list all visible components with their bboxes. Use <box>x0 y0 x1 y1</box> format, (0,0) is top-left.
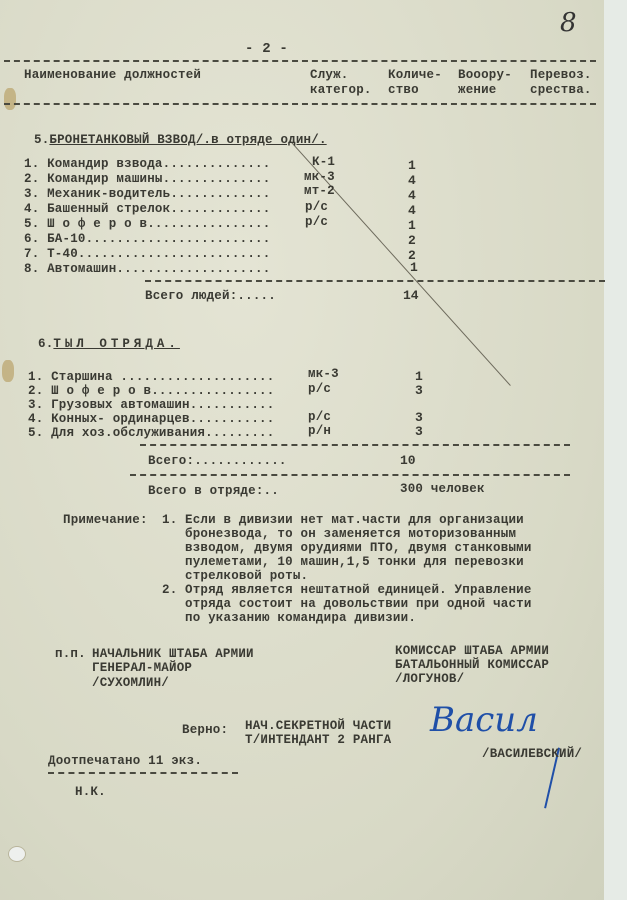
row-label: 3. Грузовых автомашин........... <box>28 399 274 412</box>
left-signature-rank: ГЕНЕРАЛ-МАЙОР <box>92 662 192 675</box>
left-signature-name: /СУХОМЛИН/ <box>92 677 169 690</box>
section6-total-label: Всего:............ <box>148 455 287 468</box>
note2-line: Отряд является нештатной единицей. Управ… <box>185 584 532 597</box>
header-col-category: Служ. <box>310 69 349 82</box>
header-col-transport-2: срества. <box>530 84 592 97</box>
note1-line: взводом, двумя орудиями ПТО, двумя станк… <box>185 542 532 555</box>
header-col-name: Наименование должностей <box>24 69 201 82</box>
row-label: 5. Для хоз.обслуживания......... <box>28 427 274 440</box>
note2-number: 2. <box>162 584 177 597</box>
row-count: 3 <box>415 424 423 439</box>
row-count: 4 <box>408 173 416 188</box>
punch-hole <box>8 846 26 862</box>
note1-line: бронезвода, то он заменяется моторизован… <box>185 528 516 541</box>
section6-title-text: ТЫЛ ОТРЯДА. <box>53 337 180 351</box>
row-count: 4 <box>408 203 416 218</box>
section5-number: 5. <box>34 133 49 147</box>
row-label: 2. Ш о ф е р о в................ <box>28 385 274 398</box>
row-category: р/с <box>308 383 331 396</box>
paper-stain <box>4 88 16 110</box>
row-category: р/н <box>308 425 331 438</box>
row-category: р/с <box>305 216 328 229</box>
row-label: 1. Старшина .................... <box>28 371 274 384</box>
right-signature-rank: БАТАЛЬОННЫЙ КОМИССАР <box>395 659 549 672</box>
row-category: р/с <box>308 411 331 424</box>
header-col-arms: Вооору- <box>458 69 512 82</box>
verified-label: Верно: <box>182 724 228 737</box>
row-category: мт-2 <box>304 185 335 198</box>
handwritten-page-number: 8 <box>560 8 577 38</box>
note2-line: отряда состоит на довольствии при одной … <box>185 598 532 611</box>
row-label: 7. Т-40......................... <box>24 248 270 261</box>
handwritten-signature: Васил <box>430 700 538 740</box>
row-category: мк-3 <box>308 368 339 381</box>
note1-line: Если в дивизии нет мат.части для организ… <box>185 514 524 527</box>
row-label: 4. Башенный стрелок............. <box>24 203 270 216</box>
section6-title: 6.ТЫЛ ОТРЯДА. <box>38 338 180 351</box>
header-col-count: Количе- <box>388 69 442 82</box>
section6-number: 6. <box>38 337 53 351</box>
note2-line: по указанию командира дивизии. <box>185 612 416 625</box>
typist-initials: Н.К. <box>75 786 106 799</box>
left-signature-prefix: п.п. <box>55 648 86 661</box>
note1-number: 1. <box>162 514 177 527</box>
notes-label: Примечание: <box>63 514 148 527</box>
left-signature-title: НАЧАЛЬНИК ШТАБА АРМИИ <box>92 648 254 661</box>
header-col-arms-2: жение <box>458 84 497 97</box>
row-label: 3. Механик-водитель............. <box>24 188 270 201</box>
section5-total-label: Всего людей:..... <box>145 290 276 303</box>
section5-total-value: 14 <box>403 288 419 303</box>
section6-total-rule <box>140 444 570 446</box>
verified-rank: Т/ИНТЕНДАНТ 2 РАНГА <box>245 734 391 747</box>
verified-title: НАЧ.СЕКРЕТНОЙ ЧАСТИ <box>245 720 391 733</box>
header-col-category-2: категор. <box>310 84 372 97</box>
row-label: 4. Конных- ординарцев........... <box>28 413 274 426</box>
typed-page-number: - 2 - <box>245 42 288 56</box>
row-count: 3 <box>415 383 423 398</box>
row-count: 1 <box>410 260 418 275</box>
row-label: 8. Автомашин.................... <box>24 263 270 276</box>
copies-rule <box>48 772 238 774</box>
section5-title-text: БРОНЕТАНКОВЫЙ ВЗВОД/.в отряде один/. <box>49 133 326 147</box>
row-label: 1. Командир взвода.............. <box>24 158 270 171</box>
right-signature-title: КОМИССАР ШТАБА АРМИИ <box>395 645 549 658</box>
row-category: р/с <box>305 201 328 214</box>
grand-total-label: Всего в отряде:.. <box>148 485 279 498</box>
row-count: 1 <box>408 158 416 173</box>
row-count: 3 <box>415 410 423 425</box>
paper-stain <box>2 360 14 382</box>
header-bottom-rule <box>4 103 596 105</box>
row-count: 4 <box>408 188 416 203</box>
row-label: 5. Ш о ф е р о в................ <box>24 218 270 231</box>
note1-line: пулеметами, 10 машин,1,5 тонки для перев… <box>185 556 524 569</box>
copies-note: Доотпечатано 11 экз. <box>48 755 202 768</box>
row-label: 2. Командир машины.............. <box>24 173 270 186</box>
row-label: 6. БА-10........................ <box>24 233 270 246</box>
header-top-rule <box>4 60 596 62</box>
header-col-transport: Перевоз. <box>530 69 592 82</box>
row-count: 1 <box>415 369 423 384</box>
section6-total-value: 10 <box>400 453 416 468</box>
row-category: К-1 <box>312 156 335 169</box>
note1-line: стрелковой роты. <box>185 570 308 583</box>
right-signature-name: /ЛОГУНОВ/ <box>395 673 464 686</box>
row-category: мк-3 <box>304 171 335 184</box>
page-edge <box>604 0 627 900</box>
section5-total-rule <box>145 280 605 282</box>
grand-total-value: 300 человек <box>400 483 485 496</box>
row-count: 2 <box>408 233 416 248</box>
row-count: 1 <box>408 218 416 233</box>
header-col-count-2: ство <box>388 84 419 97</box>
verified-name: /ВАСИЛЕВСКИЙ/ <box>482 748 582 761</box>
grand-total-rule <box>130 474 570 476</box>
section5-title: 5.БРОНЕТАНКОВЫЙ ВЗВОД/.в отряде один/. <box>34 134 327 147</box>
